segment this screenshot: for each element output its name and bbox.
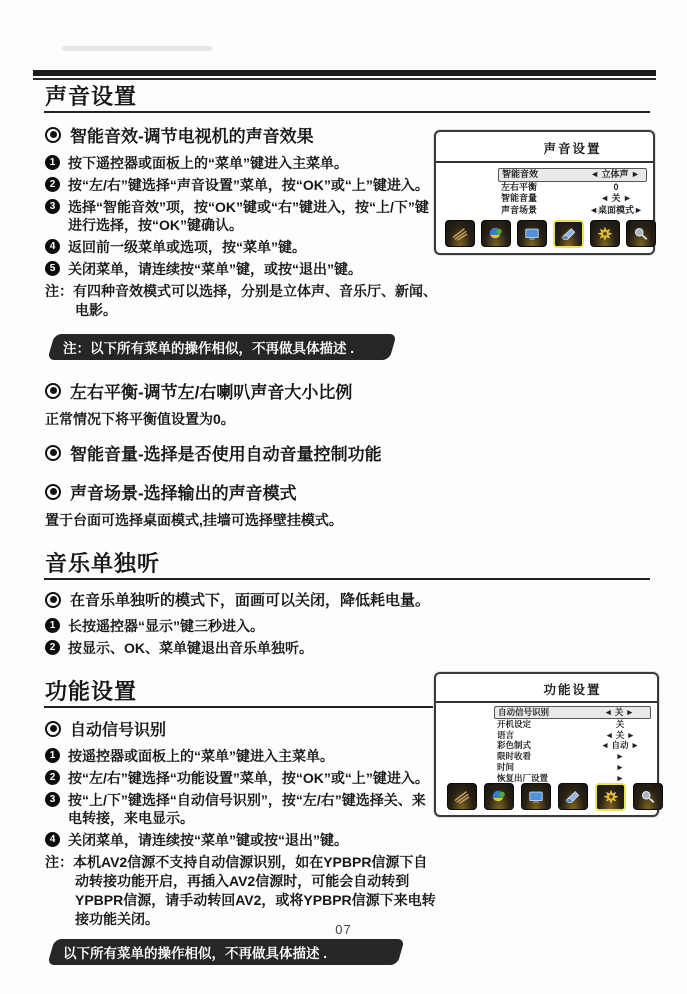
osd-row-value: ◄ 关 ► (591, 707, 647, 718)
function-step-2: 2 按“左/右”键选择“功能设置”菜单，按“OK”或“上”键进入。 (45, 769, 437, 787)
step-text: 按下遥控器或面板上的“菜单”键进入主菜单。 (68, 154, 437, 172)
note-ribbon-2-text: 以下所有菜单的操作相似，不再做具体描述 . (63, 942, 327, 962)
osd-row-color-system: 彩色制式 ◄ 自动 ► (494, 740, 651, 751)
osd-row-value: ◄ 关 ► (592, 730, 648, 741)
step-number-badge: 3 (45, 199, 60, 214)
picture-icon (484, 783, 514, 810)
osd-row-label: 自动信号识别 (498, 707, 549, 718)
osd-row-factory-reset: 恢复出厂设置 ► (494, 773, 651, 784)
step-text: 关闭菜单，请连续按“菜单”键，或按“退出”键。 (68, 260, 437, 278)
osd-row-label: 语言 (497, 730, 514, 741)
music-intro-row: 在音乐单独听的模式下，面画可以关闭，降低耗电量。 (45, 589, 437, 610)
sound-note: 注：有四种音效模式可以选择，分别是立体声、音乐厅、新闻、电影。 (45, 282, 437, 320)
osd-row-value: 关 (592, 719, 648, 730)
top-rule-thin (33, 78, 656, 80)
screen-icon (517, 220, 547, 247)
step-number-badge: 4 (45, 239, 60, 254)
function-step-4: 4 关闭菜单，请连续按“菜单”键或按“退出”键。 (45, 831, 437, 849)
balance-row: 左右平衡-调节左/右喇叭声音大小比例 (45, 378, 437, 403)
osd-row-label: 开机设定 (497, 719, 531, 730)
osd-function-title: 功能设置 (436, 674, 657, 701)
scene-desc: 置于台面可选择桌面模式,挂墙可选择壁挂模式。 (45, 511, 437, 529)
osd-row-auto-signal: 自动信号识别 ◄ 关 ► (494, 706, 651, 719)
osd-row-language: 语言 ◄ 关 ► (494, 730, 651, 741)
hand-icon (445, 220, 475, 247)
fisheye-bullet-icon (45, 383, 61, 399)
osd-row-value: ► (592, 762, 648, 773)
step-number-badge: 2 (45, 177, 60, 192)
sound-step-2: 2 按“左/右”键选择“声音设置”菜单，按“OK”或“上”键进入。 (45, 176, 437, 194)
step-text: 按显示、OK、菜单键退出音乐单独听。 (68, 639, 437, 657)
osd-divider (436, 701, 657, 703)
osd-row-value: ► (592, 773, 648, 784)
note-ribbon-1-text: 注：以下所有菜单的操作相似，不再做具体描述 . (63, 337, 354, 357)
step-number-badge: 5 (45, 261, 60, 276)
speaker-icon (558, 783, 588, 810)
function-subtitle-row: 自动信号识别 (45, 717, 437, 740)
gear-icon (595, 783, 626, 811)
music-step-1: 1 长按遥控器“显示”键三秒进入。 (45, 617, 437, 635)
music-intro: 在音乐单独听的模式下，面画可以关闭，降低耗电量。 (70, 589, 430, 610)
search-icon (626, 220, 656, 247)
osd-function-icon-row (447, 783, 663, 811)
osd-row-label: 智能音效 (502, 169, 538, 181)
osd-row-value: ◄ 关 ► (588, 193, 644, 205)
sound-subtitle: 智能音效-调节电视机的声音效果 (70, 122, 314, 147)
function-step-3: 3 按“上/下”键选择“自动信号识别”，按“左/右”键选择关、来电转接，来电显示… (45, 791, 437, 827)
function-note: 注：本机AV2信源不支持自动信源识别，如在YPBPR信源下自动转接功能开启，再插… (45, 853, 437, 929)
sound-subtitle-row: 智能音效-调节电视机的声音效果 (45, 122, 437, 147)
function-step-1: 1 按遥控器或面板上的“菜单”键进入主菜单。 (45, 747, 437, 765)
step-number-badge: 4 (45, 832, 60, 847)
step-number-badge: 1 (45, 618, 60, 633)
step-number-badge: 2 (45, 770, 60, 785)
balance-title: 左右平衡-调节左/右喇叭声音大小比例 (70, 378, 352, 403)
step-number-badge: 3 (45, 792, 60, 807)
osd-row-label: 限时收看 (497, 751, 531, 762)
osd-row-smart-sound: 智能音效 ◄ 立体声 ► (498, 168, 647, 182)
scene-title: 声音场景-选择输出的声音模式 (70, 479, 297, 504)
step-text: 长按遥控器“显示”键三秒进入。 (68, 617, 437, 635)
sound-step-1: 1 按下遥控器或面板上的“菜单”键进入主菜单。 (45, 154, 437, 172)
osd-sound-menu: 声音设置 智能音效 ◄ 立体声 ► 左右平衡 0 智能音量 ◄ 关 ► 声音场景… (434, 130, 655, 255)
fisheye-bullet-icon (45, 592, 61, 608)
step-text: 按遥控器或面板上的“菜单”键进入主菜单。 (68, 747, 437, 765)
note-ribbon-1: 注：以下所有菜单的操作相似，不再做具体描述 . (47, 334, 396, 360)
osd-row-value: ◄桌面模式► (588, 205, 644, 217)
osd-row-time: 时间 ► (494, 762, 651, 773)
osd-row-balance: 左右平衡 0 (498, 182, 647, 194)
step-text: 按“左/右”键选择“功能设置”菜单，按“OK”或“上”键进入。 (68, 769, 437, 787)
fisheye-bullet-icon (45, 721, 61, 737)
picture-icon (481, 220, 511, 247)
manual-page: 声音设置 智能音效-调节电视机的声音效果 1 按下遥控器或面板上的“菜单”键进入… (0, 0, 687, 994)
osd-row-value: ► (592, 751, 648, 762)
sound-step-5: 5 关闭菜单，请连续按“菜单”键，或按“退出”键。 (45, 260, 437, 278)
function-subtitle: 自动信号识别 (70, 717, 166, 740)
screen-icon (521, 783, 551, 810)
osd-function-menu: 功能设置 自动信号识别 ◄ 关 ► 开机设定 关 语言 ◄ 关 ► 彩色制式 ◄… (434, 672, 659, 817)
gear-icon (590, 220, 620, 247)
speaker-icon (553, 220, 584, 248)
top-rule (33, 70, 656, 80)
section-title-music: 音乐单独听 (45, 551, 437, 577)
music-step-2: 2 按显示、OK、菜单键退出音乐单独听。 (45, 639, 437, 657)
step-text: 返回前一级菜单或选项，按“菜单”键。 (68, 238, 437, 256)
osd-row-smart-volume: 智能音量 ◄ 关 ► (498, 193, 647, 205)
fisheye-bullet-icon (45, 484, 61, 500)
osd-row-poweron: 开机设定 关 (494, 719, 651, 730)
hand-icon (447, 783, 477, 810)
scene-row: 声音场景-选择输出的声音模式 (45, 479, 437, 504)
osd-row-label: 声音场景 (501, 205, 537, 217)
top-rule-thick (33, 70, 656, 76)
sound-step-3: 3 选择“智能音效”项，按“OK”键或“右”键进入，按“上/下”键进行选择，按“… (45, 198, 437, 234)
osd-row-value: ◄ 立体声 ► (587, 169, 643, 181)
note-ribbon-2: 以下所有菜单的操作相似，不再做具体描述 . (47, 939, 404, 965)
fisheye-bullet-icon (45, 127, 61, 143)
osd-row-label: 左右平衡 (501, 182, 537, 194)
sound-step-4: 4 返回前一级菜单或选项，按“菜单”键。 (45, 238, 437, 256)
page-number: 07 (0, 922, 687, 937)
step-number-badge: 1 (45, 155, 60, 170)
step-text: 按“左/右”键选择“声音设置”菜单，按“OK”或“上”键进入。 (68, 176, 437, 194)
fisheye-bullet-icon (45, 445, 61, 461)
osd-row-value: 0 (588, 182, 644, 194)
search-icon (633, 783, 663, 810)
section-title-function: 功能设置 (45, 679, 437, 705)
volume-row: 智能音量-选择是否使用自动音量控制功能 (45, 440, 437, 465)
step-number-badge: 2 (45, 640, 60, 655)
main-text-column: 声音设置 智能音效-调节电视机的声音效果 1 按下遥控器或面板上的“菜单”键进入… (45, 84, 437, 965)
osd-row-label: 彩色制式 (497, 740, 531, 751)
osd-row-label: 恢复出厂设置 (497, 773, 548, 784)
balance-desc: 正常情况下将平衡值设置为0。 (45, 410, 437, 428)
osd-function-rows: 自动信号识别 ◄ 关 ► 开机设定 关 语言 ◄ 关 ► 彩色制式 ◄ 自动 ►… (494, 706, 651, 784)
section-title-sound: 声音设置 (45, 84, 437, 110)
osd-row-label: 智能音量 (501, 193, 537, 205)
step-text: 关闭菜单，请连续按“菜单”键或按“退出”键。 (68, 831, 437, 849)
osd-row-label: 时间 (497, 762, 514, 773)
osd-sound-title: 声音设置 (436, 132, 653, 161)
osd-divider (436, 161, 653, 163)
scan-smudge (62, 46, 212, 51)
osd-sound-rows: 智能音效 ◄ 立体声 ► 左右平衡 0 智能音量 ◄ 关 ► 声音场景 ◄桌面模… (498, 168, 647, 216)
osd-row-value: ◄ 自动 ► (592, 740, 648, 751)
step-text: 按“上/下”键选择“自动信号识别”，按“左/右”键选择关、来电转接，来电显示。 (68, 791, 437, 827)
step-text: 选择“智能音效”项，按“OK”键或“右”键进入，按“上/下”键进行选择，按“OK… (68, 198, 437, 234)
osd-row-sound-scene: 声音场景 ◄桌面模式► (498, 205, 647, 217)
osd-row-timed-watch: 限时收看 ► (494, 751, 651, 762)
osd-sound-icon-row (445, 220, 656, 248)
volume-title: 智能音量-选择是否使用自动音量控制功能 (70, 440, 382, 465)
step-number-badge: 1 (45, 748, 60, 763)
